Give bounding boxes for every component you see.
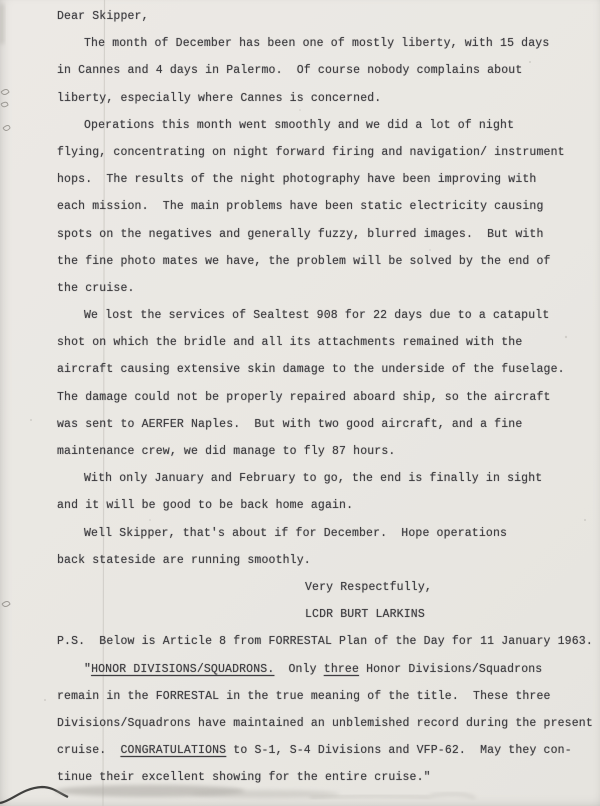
letter-text: in Cannes and 4 days in Palermo. Of cour… — [57, 64, 522, 77]
letter-text: Very Respectfully, — [305, 581, 432, 594]
letter-text: The damage could not be properly repaire… — [57, 391, 551, 404]
letter-line: Dear Skipper, — [57, 3, 590, 30]
letter-line: the cruise. — [57, 275, 590, 302]
letter-line: Operations this month went smoothly and … — [57, 112, 590, 139]
letter-text: the cruise. — [57, 282, 135, 295]
letter-text: Only — [274, 663, 323, 676]
letter-line: maintenance crew, we did manage to fly 8… — [57, 438, 590, 465]
letter-body: Dear Skipper,The month of December has b… — [0, 0, 600, 791]
letter-text: Operations this month went smoothly and … — [84, 119, 514, 132]
letter-text: each mission. The main problems have bee… — [57, 200, 544, 213]
letter-line: in Cannes and 4 days in Palermo. Of cour… — [57, 57, 590, 84]
letter-line: cruise. CONGRATULATIONS to S-1, S-4 Divi… — [57, 737, 590, 764]
letter-line: hops. The results of the night photograp… — [57, 166, 590, 193]
underlined-text: HONOR DIVISIONS/SQUADRONS. — [91, 663, 274, 676]
letter-line: liberty, especially where Cannes is conc… — [57, 85, 590, 112]
letter-line: each mission. The main problems have bee… — [57, 193, 590, 220]
letter-text: With only January and February to go, th… — [84, 472, 542, 485]
letter-text: and it will be good to be back home agai… — [57, 499, 353, 512]
letter-text: spots on the negatives and generally fuz… — [57, 228, 544, 241]
letter-text: We lost the services of Sealtest 908 for… — [84, 309, 549, 322]
letter-line: was sent to AERFER Naples. But with two … — [57, 411, 590, 438]
letter-line: We lost the services of Sealtest 908 for… — [57, 302, 590, 329]
letter-text: tinue their excellent showing for the en… — [57, 771, 431, 784]
letter-text: the fine photo mates we have, the proble… — [57, 255, 551, 268]
letter-line: shot on which the bridle and all its att… — [57, 329, 590, 356]
letter-text: The month of December has been one of mo… — [84, 37, 549, 50]
letter-text: remain in the FORRESTAL in the true mean… — [57, 690, 551, 703]
letter-page: Dear Skipper,The month of December has b… — [0, 0, 600, 806]
letter-line: LCDR BURT LARKINS — [57, 601, 590, 628]
letter-line: tinue their excellent showing for the en… — [57, 764, 590, 791]
letter-line: "HONOR DIVISIONS/SQUADRONS. Only three H… — [57, 656, 590, 683]
letter-line: flying, concentrating on night forward f… — [57, 139, 590, 166]
underlined-text: three — [324, 663, 359, 676]
letter-text: Dear Skipper, — [57, 10, 149, 23]
letter-line: aircraft causing extensive skin damage t… — [57, 356, 590, 383]
letter-text: Honor Divisions/Squadrons — [359, 663, 542, 676]
letter-text: maintenance crew, we did manage to fly 8… — [57, 445, 395, 458]
letter-line: remain in the FORRESTAL in the true mean… — [57, 683, 590, 710]
letter-line: Very Respectfully, — [57, 574, 590, 601]
letter-line: With only January and February to go, th… — [57, 465, 590, 492]
letter-text: aircraft causing extensive skin damage t… — [57, 363, 565, 376]
letter-text: liberty, especially where Cannes is conc… — [57, 92, 381, 105]
letter-text: back stateside are running smoothly. — [57, 554, 311, 567]
underlined-text: CONGRATULATIONS — [120, 744, 226, 757]
letter-line: Divisions/Squadrons have maintained an u… — [57, 710, 590, 737]
letter-text: Divisions/Squadrons have maintained an u… — [57, 717, 593, 730]
letter-text: was sent to AERFER Naples. But with two … — [57, 418, 522, 431]
letter-text: LCDR BURT LARKINS — [305, 608, 425, 621]
letter-text: hops. The results of the night photograp… — [57, 173, 536, 186]
letter-text: shot on which the bridle and all its att… — [57, 336, 522, 349]
letter-text: to S-1, S-4 Divisions and VFP-62. May th… — [226, 744, 572, 757]
letter-text: cruise. — [57, 744, 120, 757]
letter-line: P.S. Below is Article 8 from FORRESTAL P… — [57, 628, 590, 655]
letter-text: flying, concentrating on night forward f… — [57, 146, 565, 159]
letter-line: spots on the negatives and generally fuz… — [57, 221, 590, 248]
letter-line: and it will be good to be back home agai… — [57, 492, 590, 519]
letter-line: the fine photo mates we have, the proble… — [57, 248, 590, 275]
letter-line: The damage could not be properly repaire… — [57, 384, 590, 411]
letter-line: Well Skipper, that's about if for Decemb… — [57, 520, 590, 547]
letter-text: Well Skipper, that's about if for Decemb… — [84, 527, 507, 540]
letter-text: P.S. Below is Article 8 from FORRESTAL P… — [57, 635, 593, 648]
letter-text: " — [84, 663, 91, 676]
letter-line: back stateside are running smoothly. — [57, 547, 590, 574]
letter-line: The month of December has been one of mo… — [57, 30, 590, 57]
